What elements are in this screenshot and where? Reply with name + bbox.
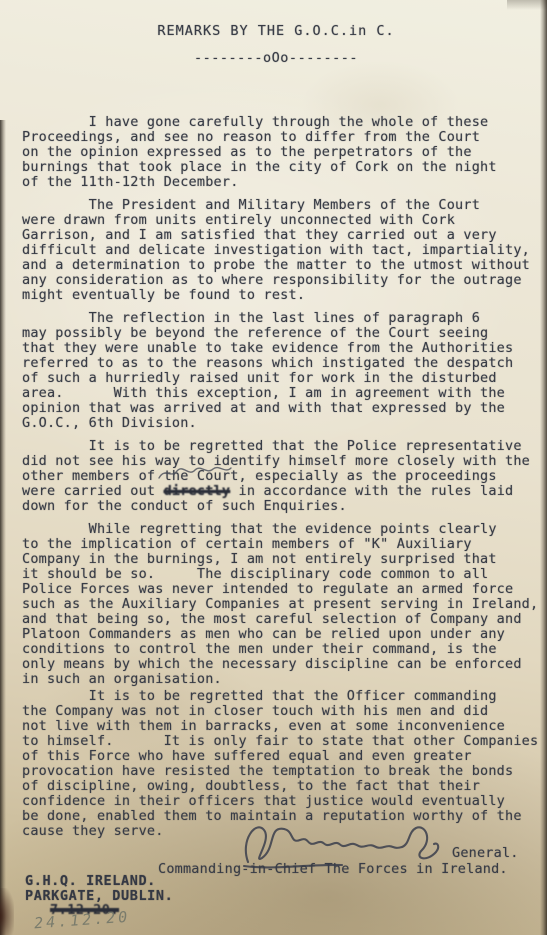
typed-line: did not see his way to identify himself … [22, 454, 530, 469]
typed-line: and that being so, the most careful sele… [22, 612, 530, 627]
typed-line: on the opinion expressed as to the perpe… [22, 145, 530, 160]
typewritten-document: REMARKS BY THE G.O.C.in C. --------oOo--… [22, 24, 530, 847]
typed-line: Garrison, and I am satisfied that they c… [22, 228, 530, 243]
paragraph-4-lines-after: down for the conduct of such Enquiries. [22, 499, 530, 514]
paragraph-3: The reflection in the last lines of para… [22, 311, 530, 431]
paragraph-2: The President and Military Members of th… [22, 198, 530, 303]
typed-line: and a determination to probe the matter … [22, 258, 530, 273]
typed-line: might eventually be found to rest. [22, 288, 530, 303]
paragraph-4-lines-before: It is to be regretted that the Police re… [22, 439, 530, 484]
typed-line: of discipline, owing, doubtless, to the … [22, 779, 530, 794]
typed-line: Platoon Commanders as men who can be rel… [22, 627, 530, 642]
photo-edge-right [540, 0, 547, 935]
typed-line: were drawn from units entirely unconnect… [22, 213, 530, 228]
typed-line: of this Force who have suffered equal an… [22, 749, 530, 764]
typed-line: Company in the burnings, I am not entire… [22, 552, 530, 567]
typed-line: provocation have resisted the temptation… [22, 764, 530, 779]
typed-line: not live with them in barracks, even at … [22, 719, 530, 734]
typed-line: conditions to control the men under thei… [22, 642, 530, 657]
typed-line: the Company was not in closer touch with… [22, 704, 530, 719]
typed-line: of the 11th-12th December. [22, 175, 530, 190]
typed-line: Proceedings, and see no reason to differ… [22, 130, 530, 145]
typed-line: in such an organisation. [22, 672, 530, 687]
signature-title-line: Commanding-in-Chief The Forces in Irelan… [158, 861, 508, 877]
typed-line: opinion that was arrived at and with tha… [22, 401, 530, 416]
typed-line: confidence in their officers that justic… [22, 794, 530, 809]
paragraph-4-strike-line: were carried out directly in accordance … [22, 484, 530, 499]
struck-out-word: directly [164, 483, 231, 499]
typed-line: The President and Military Members of th… [22, 198, 530, 213]
photo-edge-top [507, 0, 547, 10]
typed-line: that they were unable to take evidence f… [22, 341, 530, 356]
document-title: REMARKS BY THE G.O.C.in C. [22, 24, 530, 39]
strike-line-post: in accordance with the rules laid [230, 483, 513, 499]
typed-line: area. With this exception, I am in agree… [22, 386, 530, 401]
typed-line: it should be so. The disciplinary code c… [22, 567, 530, 582]
handwritten-date: 24.12.20 [33, 908, 130, 933]
typed-line: The reflection in the last lines of para… [22, 311, 530, 326]
typed-line: It is to be regretted that the Police re… [22, 439, 530, 454]
typed-line: only means by which the necessary discip… [22, 657, 530, 672]
typed-line: Police Forces was never intended to regu… [22, 582, 530, 597]
signature-rank: General. [452, 845, 519, 861]
typed-line: difficult and delicate investigation wit… [22, 243, 530, 258]
photo-edge-left [0, 120, 6, 935]
paper-stain-corner [0, 888, 14, 935]
footer-hq-line1: G.H.Q. IRELAND. [25, 873, 156, 889]
paragraph-5: While regretting that the evidence point… [22, 522, 530, 687]
paragraph-1: I have gone carefully through the whole … [22, 115, 530, 190]
typed-line: of such a hurriedly raised unit for work… [22, 371, 530, 386]
typed-line: I have gone carefully through the whole … [22, 115, 530, 130]
typed-line: to the implication of certain members of… [22, 537, 530, 552]
typed-line: may possibly be beyond the reference of … [22, 326, 530, 341]
typed-line: other members of the Court, especially a… [22, 469, 530, 484]
typed-line: down for the conduct of such Enquiries. [22, 499, 530, 514]
typed-line: While regretting that the evidence point… [22, 522, 530, 537]
typed-line: such as the Auxiliary Companies at prese… [22, 597, 530, 612]
paragraph-4: It is to be regretted that the Police re… [22, 439, 530, 514]
typed-line: to himself. It is only fair to state tha… [22, 734, 530, 749]
typed-line: referred to as to the reasons which inst… [22, 356, 530, 371]
typed-line: burnings that took place in the city of … [22, 160, 530, 175]
title-divider: --------oOo-------- [22, 51, 530, 66]
strike-line-pre: were carried out [22, 483, 164, 499]
typed-line: G.O.C., 6th Division. [22, 416, 530, 431]
typed-line: any consideration as to where responsibi… [22, 273, 530, 288]
typed-line: It is to be regretted that the Officer c… [22, 689, 530, 704]
